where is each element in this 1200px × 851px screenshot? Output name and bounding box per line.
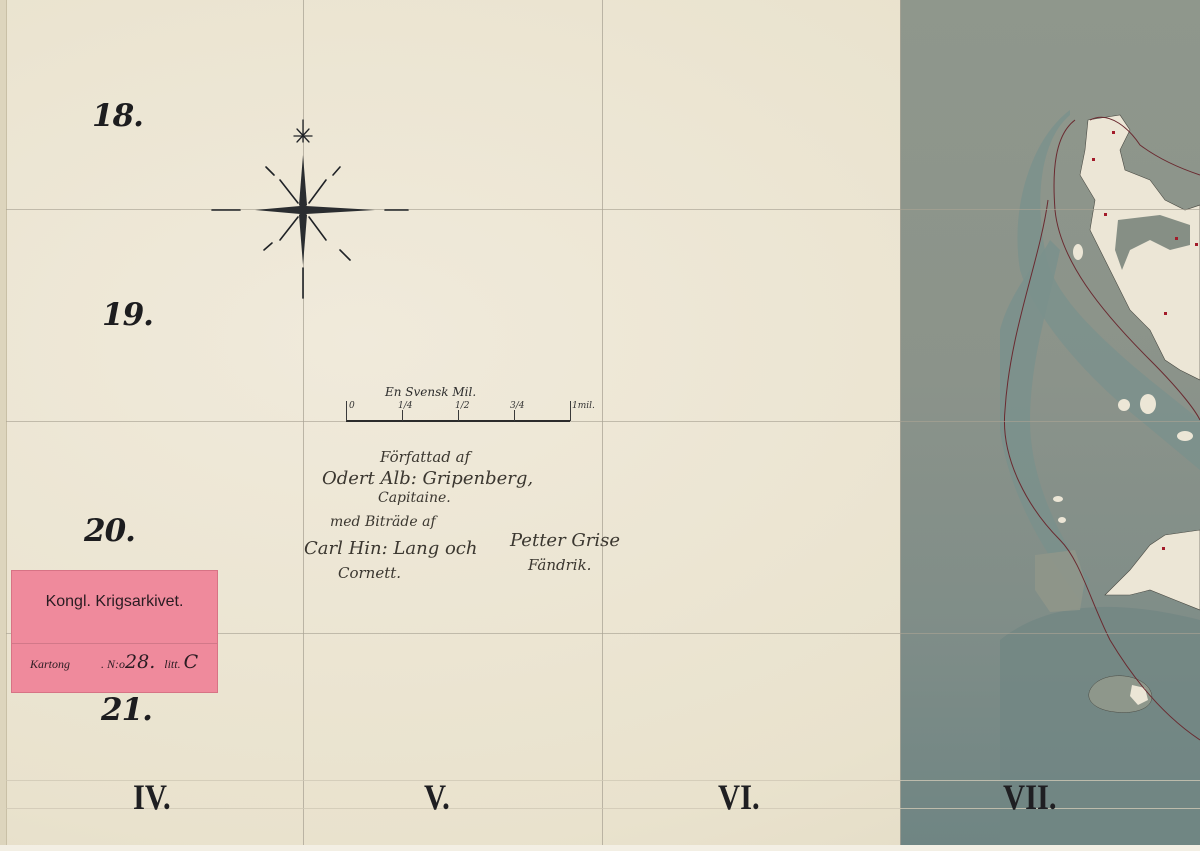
scale-title: En Svensk Mil. xyxy=(385,385,476,399)
scale-label: 1/4 xyxy=(398,401,412,411)
scale-label: 0 xyxy=(349,401,355,411)
credit-rank: Capitaine. xyxy=(378,490,451,506)
scale-label: 3/4 xyxy=(510,401,524,411)
litt-label: litt. xyxy=(164,657,180,671)
archive-reference: Kartong . N:o28. litt. C xyxy=(30,651,220,673)
kartong-label: Kartong xyxy=(30,657,70,671)
scale-tick xyxy=(570,401,571,421)
litt-value: C xyxy=(184,651,199,673)
credit-author: Odert Alb: Gripenberg, xyxy=(322,468,533,489)
archive-title: Kongl. Krigsarkivet. xyxy=(12,593,217,611)
credit-line: med Biträde af xyxy=(330,514,436,530)
number-prefix: N:o xyxy=(107,657,125,671)
credit-rank: Cornett. xyxy=(338,564,401,582)
credit-assistant: Petter Grise xyxy=(510,530,620,551)
compass-rose-icon xyxy=(0,0,1200,851)
paper-edge xyxy=(0,845,1200,851)
archive-number: 28. xyxy=(125,651,155,673)
credit-line: Författad af xyxy=(380,448,470,466)
credit-rank: Fändrik. xyxy=(528,556,591,574)
credit-assistant: Carl Hin: Lang och xyxy=(304,538,477,559)
scale-tick xyxy=(514,410,515,421)
scale-tick xyxy=(402,410,403,421)
label-divider xyxy=(12,643,217,644)
scale-label: 1/2 xyxy=(455,401,469,411)
archive-label: Kongl. Krigsarkivet. Kartong . N:o28. li… xyxy=(11,570,218,693)
scale-label: 1mil. xyxy=(572,401,595,411)
scale-tick xyxy=(346,401,347,421)
map-sheet: 18. 19. 20. 21. IV. V. VI. VII. xyxy=(0,0,1200,851)
scale-tick xyxy=(458,410,459,421)
